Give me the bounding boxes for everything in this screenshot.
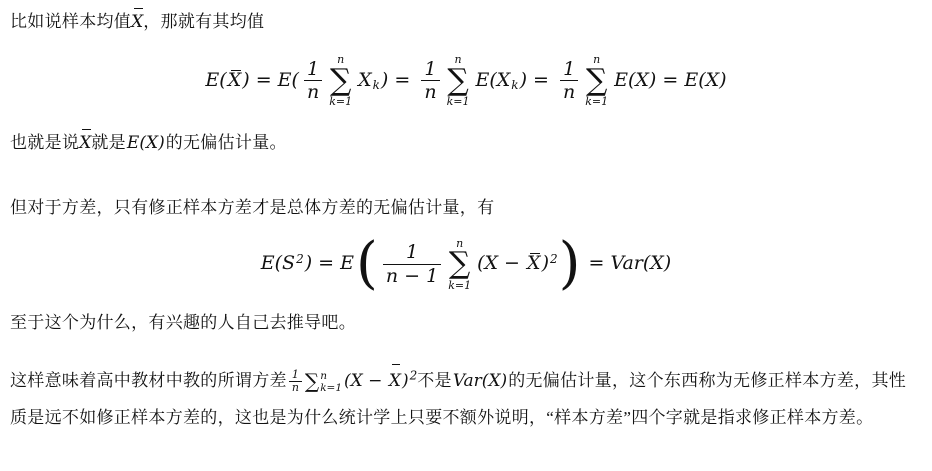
math-fraction-numerator: 1	[421, 58, 439, 80]
sigma-symbol: ∑	[449, 250, 470, 279]
text-run: 这样意味着高中教材中教的所谓方差	[10, 371, 287, 390]
math-text: E(X	[474, 69, 511, 91]
paragraph-highschool-variance-note: 这样意味着高中教材中教的所谓方差1n∑nk=1(X − X)2不是Var(X)的…	[10, 362, 922, 434]
math-text: ) =	[519, 69, 556, 91]
math-overbar-variable: X	[131, 7, 143, 35]
math-fraction: 1n − 1	[383, 241, 441, 287]
paragraph-derive-yourself: 至于这个为什么，有兴趣的人自己去推导吧。	[10, 310, 922, 336]
math-overbar-variable: X	[389, 363, 401, 398]
text-run: 比如说样本均值	[10, 12, 131, 31]
math-big-parenthesis: (	[355, 231, 379, 296]
math-big-parenthesis: )	[558, 231, 582, 296]
math-fraction-denominator: n	[289, 381, 302, 394]
math-overbar-variable: X	[228, 69, 242, 90]
math-text: ) = E(	[241, 69, 300, 91]
paragraph-sample-mean-intro: 比如说样本均值X，那就有其均值	[10, 7, 922, 35]
inline-math: X	[131, 12, 143, 32]
math-text: ) = E	[304, 252, 355, 274]
math-subscript: k	[511, 78, 518, 92]
math-text: ) =	[380, 69, 417, 91]
display-formula-expectation-of-s2: E(S2) = E(1n − 1n∑k=1(X − X)2) = Var(X)	[10, 237, 922, 292]
math-fraction-numerator: 1	[304, 58, 322, 80]
text-run: 就是	[91, 133, 126, 152]
math-sum-upper-limit: n	[320, 370, 327, 382]
document-body: 比如说样本均值X，那就有其均值 E(X) = E(1nn∑k=1Xk) = 1n…	[0, 0, 932, 440]
math-text: (X −	[476, 252, 527, 274]
math-fraction: 1n	[289, 369, 302, 394]
text-run: 不是	[417, 371, 452, 390]
sigma-symbol: ∑	[305, 362, 319, 401]
math-summation: n∑k=1	[329, 53, 352, 108]
math-text: = Var(X)	[581, 252, 672, 274]
text-run: ，那就有其均值	[143, 12, 264, 31]
math-fraction-denominator: n	[304, 80, 322, 103]
inline-math: E(X)	[126, 133, 166, 153]
math-fraction: 1n	[560, 58, 578, 104]
text-run: 至于这个为什么，有兴趣的人自己去推导吧。	[10, 313, 356, 332]
sigma-symbol: ∑	[586, 67, 607, 96]
math-fraction-numerator: 1	[560, 58, 578, 80]
math-subscript: k	[373, 78, 380, 92]
math-sum-side-limits: nk=1	[320, 370, 342, 394]
math-fraction: 1n	[421, 58, 439, 104]
math-fraction: 1n	[304, 58, 322, 104]
sigma-symbol: ∑	[447, 67, 468, 96]
math-text: Var(X)	[452, 371, 508, 391]
math-text: E(	[204, 69, 227, 91]
math-summation-inline: ∑nk=1	[305, 362, 342, 401]
math-fraction-numerator: 1	[289, 369, 302, 381]
math-summation: n∑k=1	[585, 53, 608, 108]
math-fraction-denominator: n	[421, 80, 439, 103]
inline-math: 1n∑nk=1(X − X)2	[287, 371, 417, 391]
math-sum-lower-limit: k=1	[320, 382, 342, 394]
paragraph-corrected-variance-intro: 但对于方差，只有修正样本方差才是总体方差的无偏估计量，有	[10, 195, 922, 221]
math-overbar-variable: X	[527, 252, 541, 273]
math-text: E(X)	[126, 133, 166, 153]
math-text: )	[541, 252, 550, 274]
inline-math: X	[79, 133, 91, 153]
math-text: E(X) = E(X)	[613, 69, 727, 91]
math-sum-lower-limit: k=1	[447, 95, 470, 108]
text-run: 的无偏估计量。	[166, 133, 287, 152]
math-fraction-denominator: n − 1	[383, 264, 441, 287]
math-text: (X −	[343, 371, 389, 391]
text-run: 也就是说	[10, 133, 79, 152]
math-superscript: 2	[550, 252, 558, 266]
math-sum-lower-limit: k=1	[448, 279, 471, 292]
math-text: E(S	[260, 252, 296, 274]
inline-math: Var(X)	[452, 371, 508, 391]
math-superscript: 2	[296, 252, 304, 266]
math-sum-lower-limit: k=1	[585, 95, 608, 108]
sigma-symbol: ∑	[330, 67, 351, 96]
math-fraction-denominator: n	[560, 80, 578, 103]
math-sum-lower-limit: k=1	[329, 95, 352, 108]
math-overbar-variable: X	[79, 128, 91, 156]
math-summation: n∑k=1	[448, 237, 471, 292]
math-text: X	[357, 69, 373, 91]
display-formula-expectation-of-mean: E(X) = E(1nn∑k=1Xk) = 1nn∑k=1E(Xk) = 1nn…	[10, 53, 922, 108]
math-fraction-numerator: 1	[403, 241, 421, 263]
math-summation: n∑k=1	[447, 53, 470, 108]
text-run: 但对于方差，只有修正样本方差才是总体方差的无偏估计量，有	[10, 198, 494, 217]
paragraph-unbiased-estimator-of-mean: 也就是说X就是E(X)的无偏估计量。	[10, 128, 922, 156]
math-text: )	[401, 371, 410, 391]
